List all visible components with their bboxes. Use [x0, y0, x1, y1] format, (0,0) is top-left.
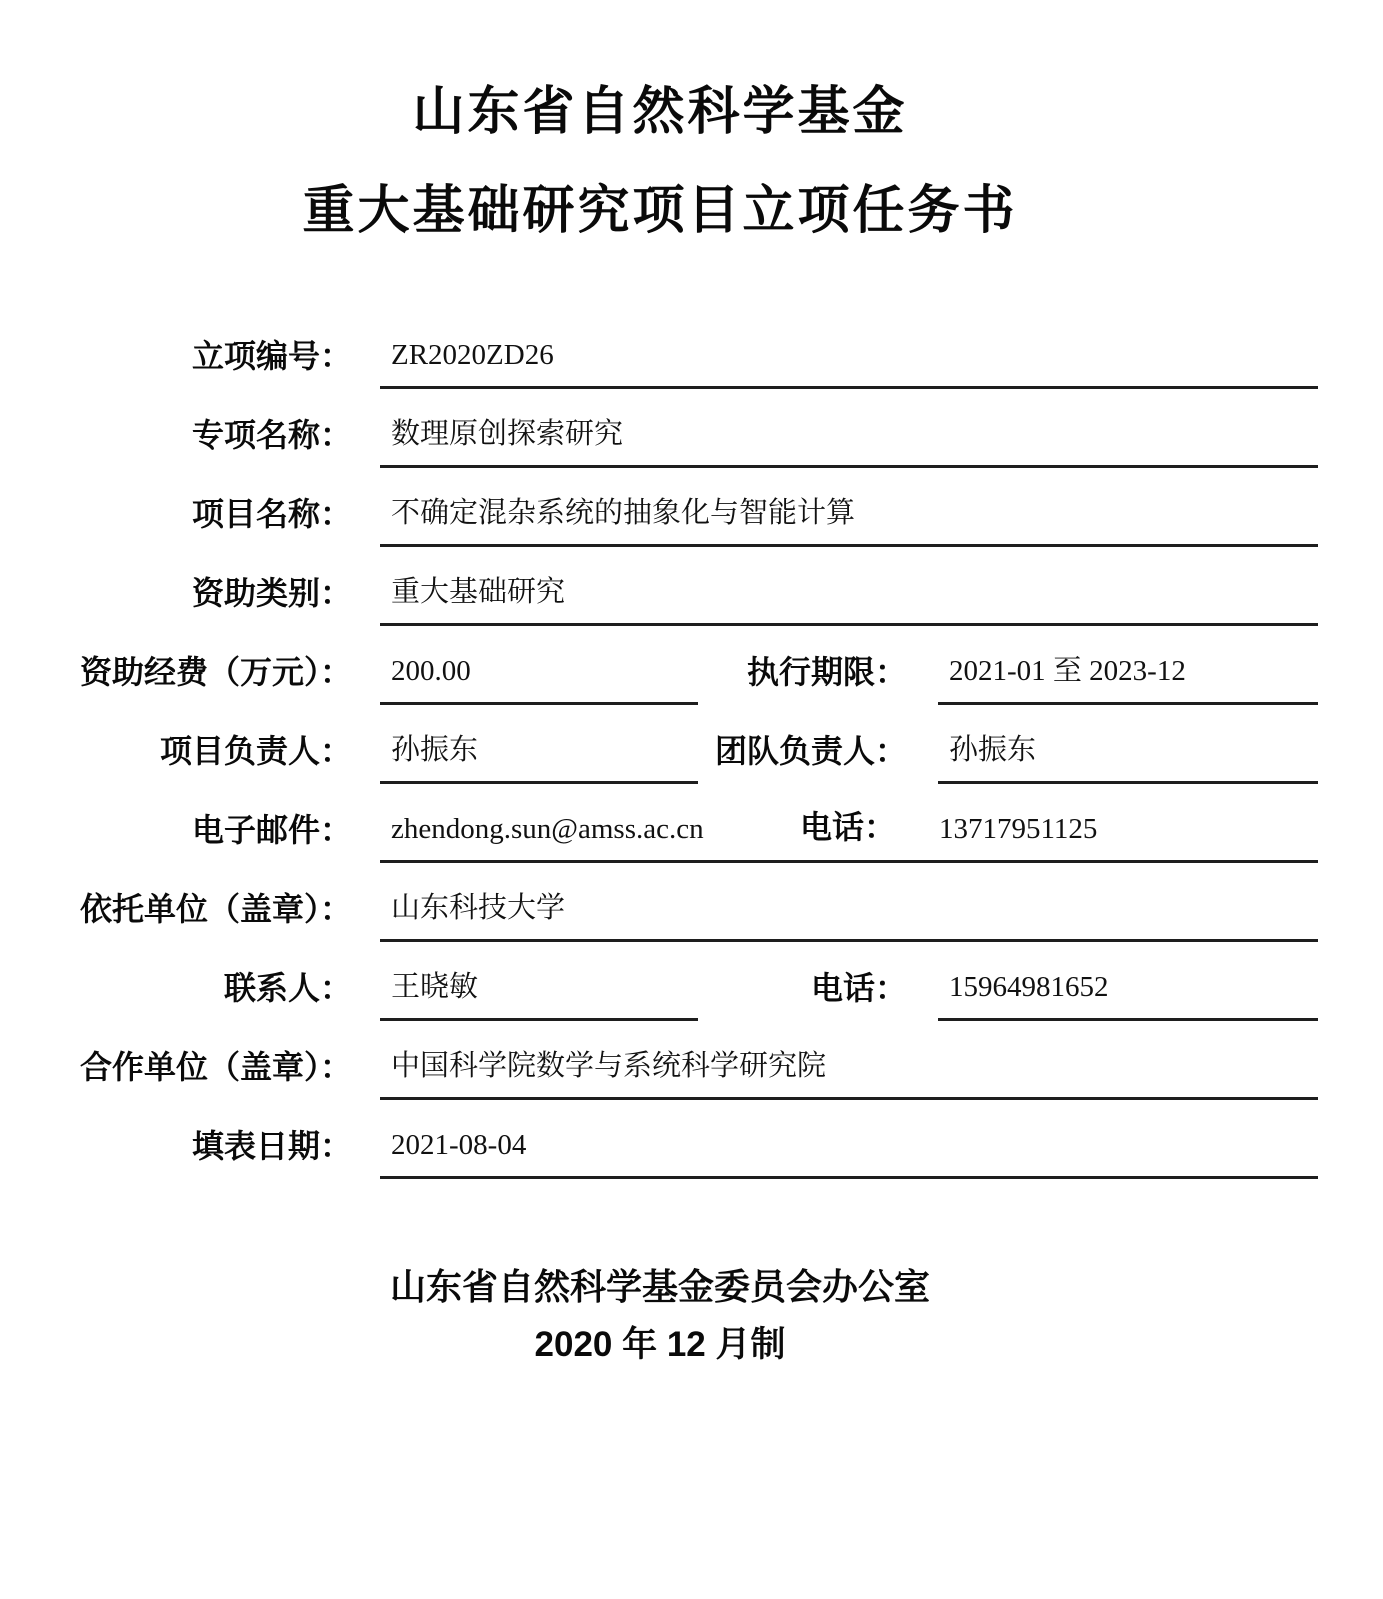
issuing-office: 山东省自然科学基金委员会办公室: [0, 1265, 1320, 1308]
partner-institution-field: 中国科学院数学与系统科学研究院: [380, 1050, 1318, 1100]
email-label: 电子邮件：: [0, 813, 352, 863]
email-value: zhendong.sun@amss.ac.cn: [380, 813, 710, 846]
form-row-special-program: 专项名称： 数理原创探索研究: [0, 389, 1318, 468]
document-title-line1: 山东省自然科学基金: [0, 80, 1320, 145]
contact-person-field: 王晓敏: [380, 971, 698, 1021]
project-leader-value: 孙振东: [380, 734, 478, 767]
document-footer: 山东省自然科学基金委员会办公室 2020 年 12 月制: [0, 1265, 1320, 1366]
funding-amount-value: 200.00: [380, 655, 471, 688]
team-leader-label: 团队负责人：: [698, 734, 907, 784]
special-program-field: 数理原创探索研究: [380, 418, 1318, 468]
funding-category-field: 重大基础研究: [380, 576, 1318, 626]
approval-number-field: ZR2020ZD26: [380, 339, 1318, 389]
form-row-host-institution: 依托单位（盖章）： 山东科技大学: [0, 863, 1318, 942]
title-block: 山东省自然科学基金 重大基础研究项目立项任务书: [0, 0, 1320, 244]
contact-person-value: 王晓敏: [380, 971, 478, 1004]
team-leader-value: 孙振东: [938, 734, 1036, 767]
contact-phone-field: 15964981652: [938, 971, 1318, 1021]
team-leader-field: 孙振东: [938, 734, 1318, 784]
project-form: 立项编号： ZR2020ZD26 专项名称： 数理原创探索研究 项目名称： 不确…: [0, 310, 1318, 1179]
form-row-contact-and-phone: 联系人： 王晓敏 电话： 15964981652: [0, 942, 1318, 1021]
email-phone-field: zhendong.sun@amss.ac.cn 电话： 13717951125: [380, 810, 1318, 863]
project-name-label: 项目名称：: [0, 497, 352, 547]
project-leader-label: 项目负责人：: [0, 734, 352, 784]
form-row-leaders: 项目负责人： 孙振东 团队负责人： 孙振东: [0, 705, 1318, 784]
phone-value: 13717951125: [896, 813, 1097, 846]
form-row-approval-number: 立项编号： ZR2020ZD26: [0, 310, 1318, 389]
funding-amount-field: 200.00: [380, 655, 698, 705]
funding-category-label: 资助类别：: [0, 576, 352, 626]
form-row-funding-category: 资助类别： 重大基础研究: [0, 547, 1318, 626]
execution-period-label: 执行期限：: [698, 655, 907, 705]
form-row-partner-institution: 合作单位（盖章）： 中国科学院数学与系统科学研究院: [0, 1021, 1318, 1100]
document-page: 山东省自然科学基金 重大基础研究项目立项任务书 立项编号： ZR2020ZD26…: [0, 0, 1383, 1599]
funding-category-value: 重大基础研究: [380, 576, 565, 609]
contact-phone-value: 15964981652: [938, 971, 1109, 1004]
execution-period-value: 2021-01 至 2023-12: [938, 655, 1186, 688]
print-date: 2020 年 12 月制: [0, 1324, 1320, 1366]
contact-person-label: 联系人：: [0, 971, 352, 1021]
contact-phone-label: 电话：: [698, 971, 907, 1021]
form-row-fill-date: 填表日期： 2021-08-04: [0, 1100, 1318, 1179]
host-institution-field: 山东科技大学: [380, 892, 1318, 942]
fill-date-label: 填表日期：: [0, 1129, 352, 1179]
execution-period-field: 2021-01 至 2023-12: [938, 655, 1318, 705]
host-institution-value: 山东科技大学: [380, 892, 565, 925]
phone-label: 电话：: [710, 810, 896, 845]
special-program-label: 专项名称：: [0, 418, 352, 468]
partner-institution-label: 合作单位（盖章）：: [0, 1050, 352, 1100]
form-row-project-name: 项目名称： 不确定混杂系统的抽象化与智能计算: [0, 468, 1318, 547]
special-program-value: 数理原创探索研究: [380, 418, 623, 451]
host-institution-label: 依托单位（盖章）：: [0, 892, 352, 942]
document-title-line2: 重大基础研究项目立项任务书: [0, 179, 1320, 244]
fill-date-value: 2021-08-04: [380, 1129, 526, 1162]
form-row-funding-and-period: 资助经费（万元）： 200.00 执行期限： 2021-01 至 2023-12: [0, 626, 1318, 705]
funding-amount-label: 资助经费（万元）：: [0, 655, 352, 705]
approval-number-value: ZR2020ZD26: [380, 339, 554, 372]
form-row-email-and-phone: 电子邮件： zhendong.sun@amss.ac.cn 电话： 137179…: [0, 784, 1318, 863]
project-name-field: 不确定混杂系统的抽象化与智能计算: [380, 497, 1318, 547]
fill-date-field: 2021-08-04: [380, 1129, 1318, 1179]
partner-institution-value: 中国科学院数学与系统科学研究院: [380, 1050, 826, 1083]
project-leader-field: 孙振东: [380, 734, 698, 784]
project-name-value: 不确定混杂系统的抽象化与智能计算: [380, 497, 855, 530]
approval-number-label: 立项编号：: [0, 339, 352, 389]
